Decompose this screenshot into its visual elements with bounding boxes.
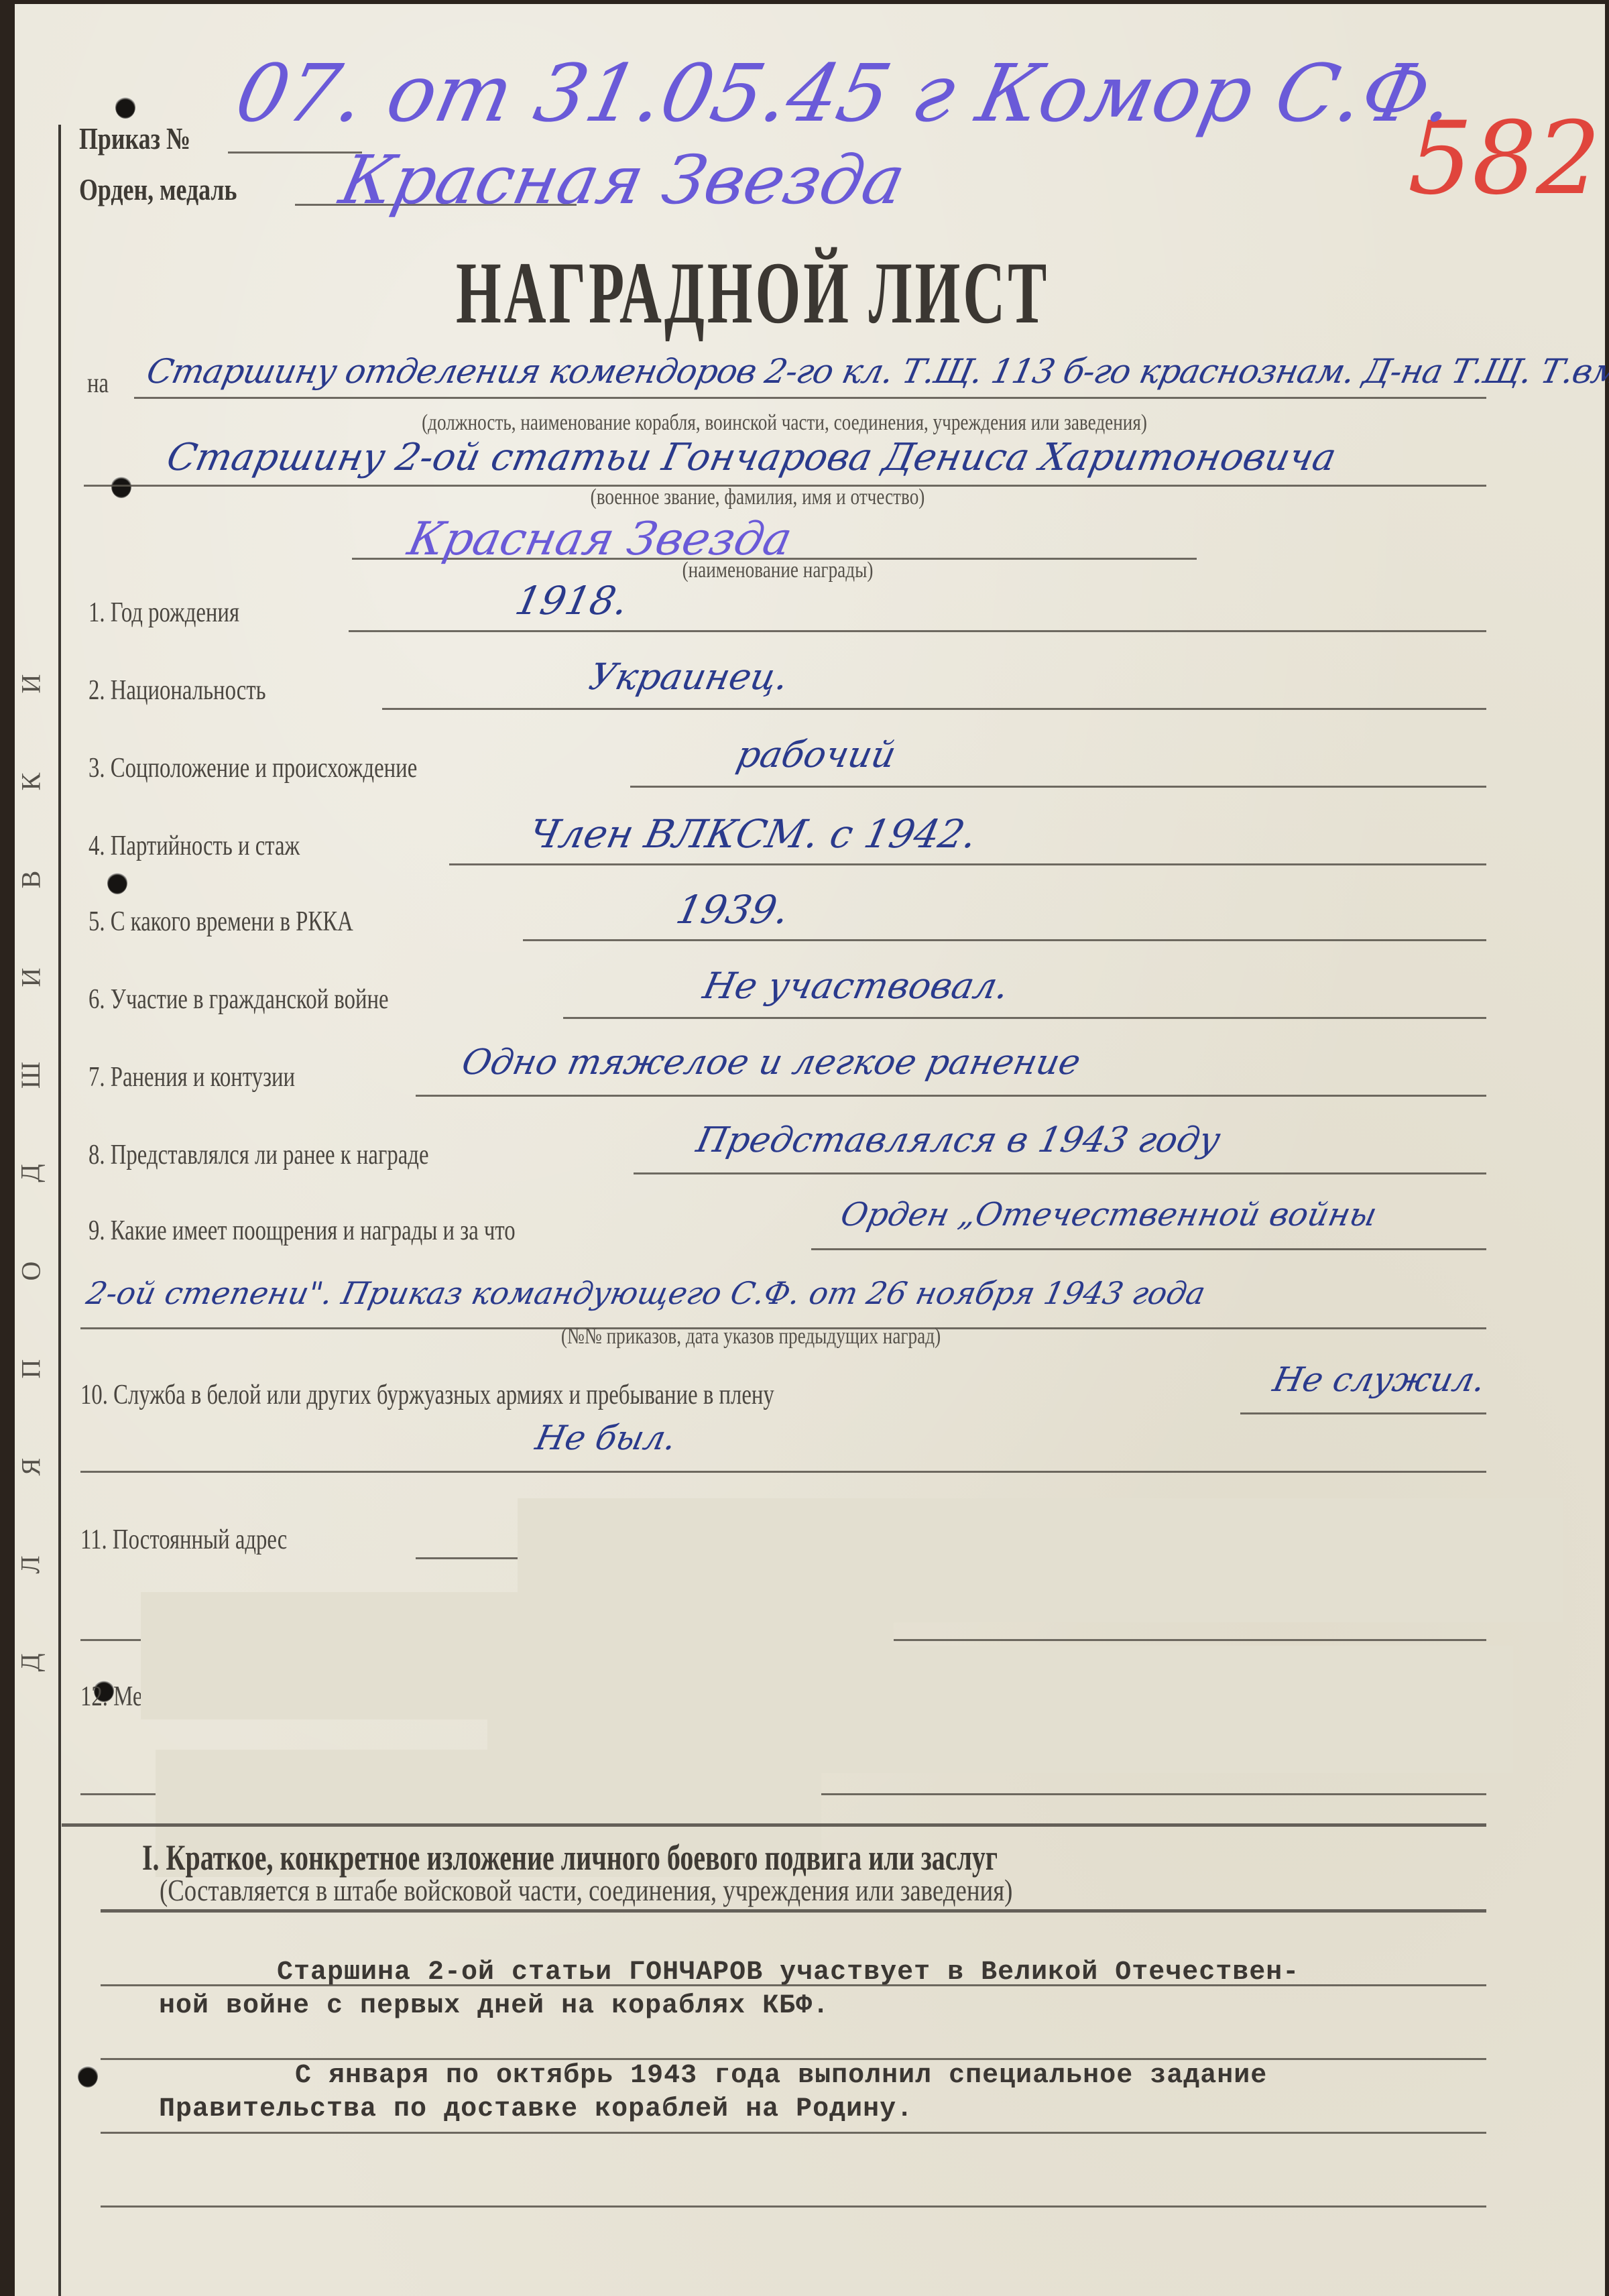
field-label: 5. С какого времени в РККА <box>88 906 353 938</box>
section-divider-bottom <box>101 1909 1486 1913</box>
binding-margin-label: ДЛЯПОДШИВКИ <box>11 670 51 1676</box>
narrative-line <box>101 2132 1486 2134</box>
medal-label: Орден, медаль <box>79 172 237 207</box>
field-underline <box>416 1095 1486 1097</box>
field-value-continued: Не был. <box>532 1418 680 1457</box>
field-label: 9. Какие имеет поощрения и награды и за … <box>88 1215 516 1247</box>
field-underline <box>349 630 1486 632</box>
narrative-line <box>101 2058 1486 2060</box>
punch-hole <box>115 96 135 119</box>
field-value: Член ВЛКСМ. с 1942. <box>525 811 981 857</box>
field-underline <box>449 863 1486 865</box>
field-value: 1918. <box>512 578 633 623</box>
margin-letter: Ш <box>17 1062 44 1089</box>
page-title: НАГРАДНОЙ ЛИСТ <box>456 241 1049 344</box>
margin-letter: Д <box>17 1653 44 1671</box>
section-divider-top <box>62 1823 1486 1827</box>
field-value: Одно тяжелое и легкое ранение <box>459 1042 1084 1083</box>
narrative-paragraph-1-line-2: ной войне с первых дней на кораблях КБФ. <box>159 1991 829 2021</box>
field-label: 1. Год рождения <box>88 597 239 629</box>
field-value: 1939. <box>672 887 794 932</box>
narrative-line <box>101 2206 1486 2208</box>
narrative-paragraph-1-line-1: Старшина 2-ой статьи ГОНЧАРОВ участвует … <box>277 1957 1299 1988</box>
award-caption: (наименование награды) <box>628 558 928 583</box>
field-value: Представлялся в 1943 году <box>693 1120 1224 1160</box>
narrative-paragraph-2-line-1: С января по октябрь 1943 года выполнил с… <box>295 2061 1267 2091</box>
margin-letter: Д <box>17 1164 44 1182</box>
field-label: 2. Национальность <box>88 674 266 707</box>
margin-letter: П <box>17 1360 44 1379</box>
field-value: Не служил. <box>1270 1360 1489 1399</box>
field-value: Не участвовал. <box>699 965 1012 1007</box>
margin-letter: Я <box>17 1458 44 1476</box>
position-underline <box>134 397 1486 399</box>
field-underline <box>80 1471 1486 1473</box>
field-caption: (№№ приказов, дата указов предыдущих наг… <box>493 1324 1008 1349</box>
field-underline <box>523 939 1486 941</box>
margin-letter: И <box>17 968 44 987</box>
field-label: 11. Постоянный адрес <box>80 1524 287 1556</box>
field-underline <box>630 786 1486 788</box>
punch-hole <box>111 475 131 498</box>
field-label: 10. Служба в белой или других буржуазных… <box>80 1379 774 1411</box>
recipient-name: Старшину 2-ой статьи Гончарова Дениса Ха… <box>163 436 1340 479</box>
field-label: 4. Партийность и стаж <box>88 830 300 862</box>
recipient-prefix: на <box>87 367 109 400</box>
field-value: рабочий <box>733 733 900 776</box>
field-underline <box>811 1248 1486 1250</box>
field-underline <box>634 1172 1486 1174</box>
margin-letter: В <box>17 871 44 889</box>
margin-letter: И <box>17 674 44 694</box>
punch-hole <box>78 2065 98 2088</box>
name-caption: (военное звание, фамилия, имя и отчество… <box>516 485 999 510</box>
field-value: Украинец. <box>585 656 792 698</box>
medal-value: Красная Звезда <box>334 141 912 219</box>
field-underline <box>1240 1412 1486 1414</box>
field-label: 3. Соцположение и происхождение <box>88 752 417 784</box>
field-value-continued: 2-ой степени". Приказ командующего С.Ф. … <box>83 1275 1209 1311</box>
field-label: 6. Участие в гражданской войне <box>88 983 389 1016</box>
margin-letter: О <box>17 1262 44 1281</box>
field-underline <box>382 708 1486 710</box>
order-underline <box>228 152 362 154</box>
field-label: 7. Ранения и контузии <box>88 1061 295 1093</box>
punch-hole <box>107 871 127 894</box>
field-label: 8. Представлялся ли ранее к награде <box>88 1139 429 1171</box>
margin-letter: Л <box>17 1555 44 1573</box>
order-label: Приказ № <box>79 121 190 156</box>
field-underline <box>563 1017 1486 1019</box>
position-caption: (должность, наименование корабля, воинск… <box>355 410 1213 436</box>
position-value: Старшину отделения комендоров 2-го кл. Т… <box>143 352 1609 391</box>
margin-letter: К <box>17 773 44 791</box>
narrative-paragraph-2-line-2: Правительства по доставке кораблей на Ро… <box>159 2094 913 2124</box>
order-value: 07. от 31.05.45 г Комор С.Ф. <box>228 47 1464 139</box>
section-subheading: (Составляется в штабе войсковой части, с… <box>160 1872 1012 1908</box>
field-value: Орден „Отечественной войны <box>837 1196 1380 1233</box>
left-binding-border <box>58 125 61 2296</box>
